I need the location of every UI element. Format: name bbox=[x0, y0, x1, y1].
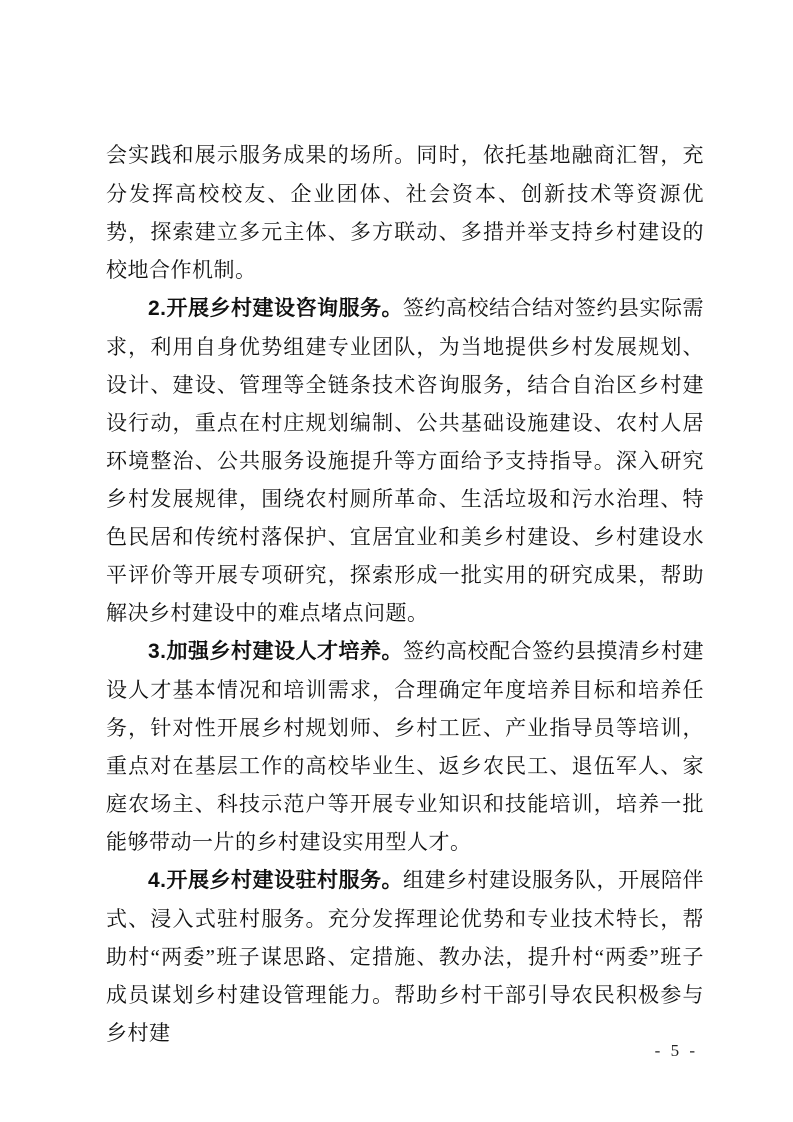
paragraph-text: 签约高校配合签约县摸清乡村建设人才基本情况和培训需求，合理确定年度培养目标和培养… bbox=[106, 639, 704, 854]
paragraph: 2.开展乡村建设咨询服务。签约高校结合结对签约县实际需求，利用自身优势组建专业团… bbox=[106, 289, 704, 632]
paragraph-lead: 4.开展乡村建设驻村服务。 bbox=[148, 869, 403, 892]
document-page: 会实践和展示服务成果的场所。同时，依托基地融商汇智，充分发挥高校校友、企业团体、… bbox=[0, 0, 793, 1122]
paragraph: 4.开展乡村建设驻村服务。组建乡村建设服务队，开展陪伴式、浸入式驻村服务。充分发… bbox=[106, 861, 704, 1052]
paragraph-lead: 3.加强乡村建设人才培养。 bbox=[148, 640, 403, 663]
page-number: - 5 - bbox=[655, 1040, 698, 1062]
paragraph-lead: 2.开展乡村建设咨询服务。 bbox=[148, 297, 403, 320]
paragraph: 3.加强乡村建设人才培养。签约高校配合签约县摸清乡村建设人才基本情况和培训需求，… bbox=[106, 632, 704, 861]
paragraph-text: 签约高校结合结对签约县实际需求，利用自身优势组建专业团队，为当地提供乡村发展规划… bbox=[106, 296, 704, 625]
document-body: 会实践和展示服务成果的场所。同时，依托基地融商汇智，充分发挥高校校友、企业团体、… bbox=[106, 136, 704, 1052]
paragraph-text: 组建乡村建设服务队，开展陪伴式、浸入式驻村服务。充分发挥理论优势和专业技术特长，… bbox=[106, 868, 704, 1045]
paragraph-text: 会实践和展示服务成果的场所。同时，依托基地融商汇智，充分发挥高校校友、企业团体、… bbox=[106, 143, 704, 282]
paragraph: 会实践和展示服务成果的场所。同时，依托基地融商汇智，充分发挥高校校友、企业团体、… bbox=[106, 136, 704, 289]
